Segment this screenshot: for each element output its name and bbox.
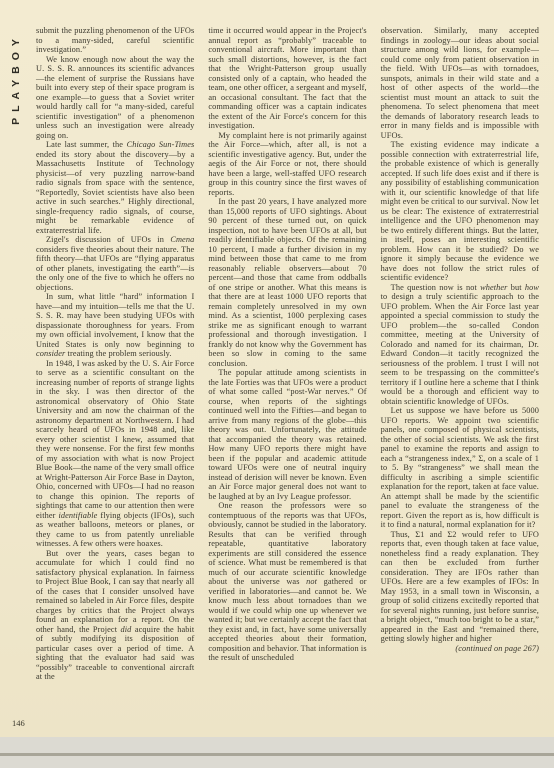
magazine-brand-vertical: PLAYBOY [10, 29, 24, 129]
paragraph: We know enough now about the way the U. … [36, 55, 194, 141]
magazine-page: PLAYBOY submit the puzzling phenomenon o… [0, 0, 554, 768]
paragraph: Late last summer, the Chicago Sun-Times … [36, 140, 194, 235]
text-column-3-paragraphs: observation. Similarly, many accepted fi… [381, 26, 539, 644]
paragraph: In the past 20 years, I have analyzed mo… [208, 197, 366, 368]
paragraph: submit the puzzling phenomenon of the UF… [36, 26, 194, 55]
paragraph: One reason the professors were so contem… [208, 501, 366, 663]
paragraph: Thus, Σ1 and Σ2 would refer to UFO repor… [381, 530, 539, 644]
continued-on-page-note: (continued on page 267) [381, 644, 539, 654]
paragraph: In sum, what little “hard” information I… [36, 292, 194, 359]
paragraph: The popular attitude among scientists in… [208, 368, 366, 501]
text-column-2: time it occurred would appear in the Pro… [208, 26, 366, 682]
paragraph: observation. Similarly, many accepted fi… [381, 26, 539, 140]
text-column-3: observation. Similarly, many accepted fi… [381, 26, 539, 682]
paragraph: Let us suppose we have before us 5000 UF… [381, 406, 539, 530]
paragraph: In 1948, I was asked by the U. S. Air Fo… [36, 359, 194, 549]
paragraph: But over the years, cases began to accum… [36, 549, 194, 682]
paragraph: The existing evidence may indicate a pos… [381, 140, 539, 283]
paragraph: time it occurred would appear in the Pro… [208, 26, 366, 131]
page-bottom-edge-line [0, 753, 554, 756]
paragraph: The question now is not whether but how … [381, 283, 539, 407]
paragraph: Zigel's discussion of UFOs in Cmena cons… [36, 235, 194, 292]
text-column-1: submit the puzzling phenomenon of the UF… [36, 26, 194, 682]
article-columns: submit the puzzling phenomenon of the UF… [36, 26, 539, 682]
paragraph: My complaint here is not primarily again… [208, 131, 366, 198]
page-number: 146 [12, 718, 25, 728]
